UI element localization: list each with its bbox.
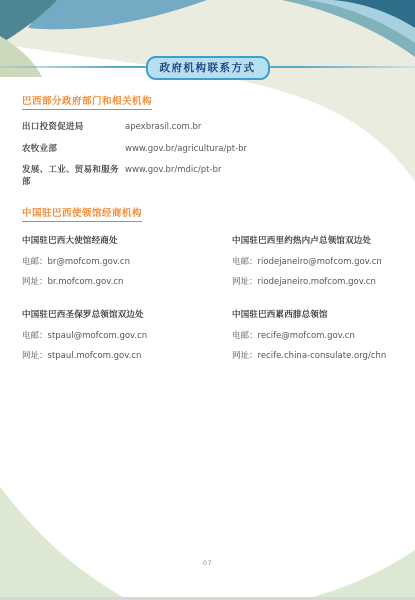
contact-block-recife: 中国驻巴西累西腓总领馆 电邮：recife@mofcom.gov.cn 网址：r… [232,308,399,369]
website-label: 网址： [232,351,258,361]
bottom-right-green-swoosh [302,550,415,600]
contact-website-line: 网址：stpaul.mofcom.gov.cn [22,349,232,361]
agency-website: apexbrasil.com.br [125,122,201,132]
contact-email-line: 电邮：recife@mofcom.gov.cn [232,329,399,341]
contact-email-line: 电邮：stpaul@mofcom.gov.cn [22,329,232,341]
contact-block-saopaulo: 中国驻巴西圣保罗总领馆双边处 电邮：stpaul@mofcom.gov.cn 网… [22,308,232,369]
contacts-grid: 中国驻巴西大使馆经商处 电邮：br@mofcom.gov.cn 网址：br.mo… [22,234,399,369]
website-value: br.mofcom.gov.cn [48,277,124,287]
contact-name: 中国驻巴西大使馆经商处 [22,234,232,246]
website-label: 网址： [22,351,48,361]
website-label: 网址： [22,277,48,287]
email-label: 电邮： [232,331,258,341]
contact-name: 中国驻巴西累西腓总领馆 [232,308,399,320]
website-label: 网址： [232,277,258,287]
contact-email-line: 电邮：riodejaneiro@mofcom.gov.cn [232,255,399,267]
agency-name: 出口投资促进局 [22,120,125,132]
email-value: stpaul@mofcom.gov.cn [48,331,148,341]
agency-name: 农牧业部 [22,142,125,154]
email-value: recife@mofcom.gov.cn [258,331,355,341]
email-value: br@mofcom.gov.cn [48,257,130,267]
table-row: 出口投资促进局 apexbrasil.com.br [22,120,399,132]
document-page: 政府机构联系方式 巴西部分政府部门和相关机构 出口投资促进局 apexbrasi… [0,0,415,600]
agency-name: 发展、工业、贸易和服务部 [22,163,125,187]
agency-table: 出口投资促进局 apexbrasil.com.br 农牧业部 www.gov.b… [22,120,399,187]
website-value: riodejaneiro.mofcom.gov.cn [258,277,376,287]
email-label: 电邮： [22,257,48,267]
page-number: 07 [0,559,415,567]
email-label: 电邮： [232,257,258,267]
bottom-left-green-swoosh [0,487,128,600]
contact-name: 中国驻巴西里约热内卢总领馆双边处 [232,234,399,246]
section-heading-brazil-agencies: 巴西部分政府部门和相关机构 [22,93,152,110]
contact-name: 中国驻巴西圣保罗总领馆双边处 [22,308,232,320]
section-heading-chinese-missions: 中国驻巴西使领馆经商机构 [22,205,142,222]
page-title: 政府机构联系方式 [146,56,270,80]
contact-email-line: 电邮：br@mofcom.gov.cn [22,255,232,267]
contact-website-line: 网址：riodejaneiro.mofcom.gov.cn [232,275,399,287]
contact-website-line: 网址：br.mofcom.gov.cn [22,275,232,287]
page-content: 巴西部分政府部门和相关机构 出口投资促进局 apexbrasil.com.br … [22,89,399,369]
website-value: stpaul.mofcom.gov.cn [48,351,142,361]
email-label: 电邮： [22,331,48,341]
website-value: recife.china-consulate.org/chn [258,351,387,361]
contact-block-embassy: 中国驻巴西大使馆经商处 电邮：br@mofcom.gov.cn 网址：br.mo… [22,234,232,295]
contact-block-rio: 中国驻巴西里约热内卢总领馆双边处 电邮：riodejaneiro@mofcom.… [232,234,399,295]
table-row: 农牧业部 www.gov.br/agricultura/pt-br [22,142,399,154]
agency-website: www.gov.br/agricultura/pt-br [125,144,247,154]
agency-website: www.gov.br/mdic/pt-br [125,165,221,175]
contact-website-line: 网址：recife.china-consulate.org/chn [232,349,399,361]
email-value: riodejaneiro@mofcom.gov.cn [258,257,382,267]
table-row: 发展、工业、贸易和服务部 www.gov.br/mdic/pt-br [22,163,399,187]
